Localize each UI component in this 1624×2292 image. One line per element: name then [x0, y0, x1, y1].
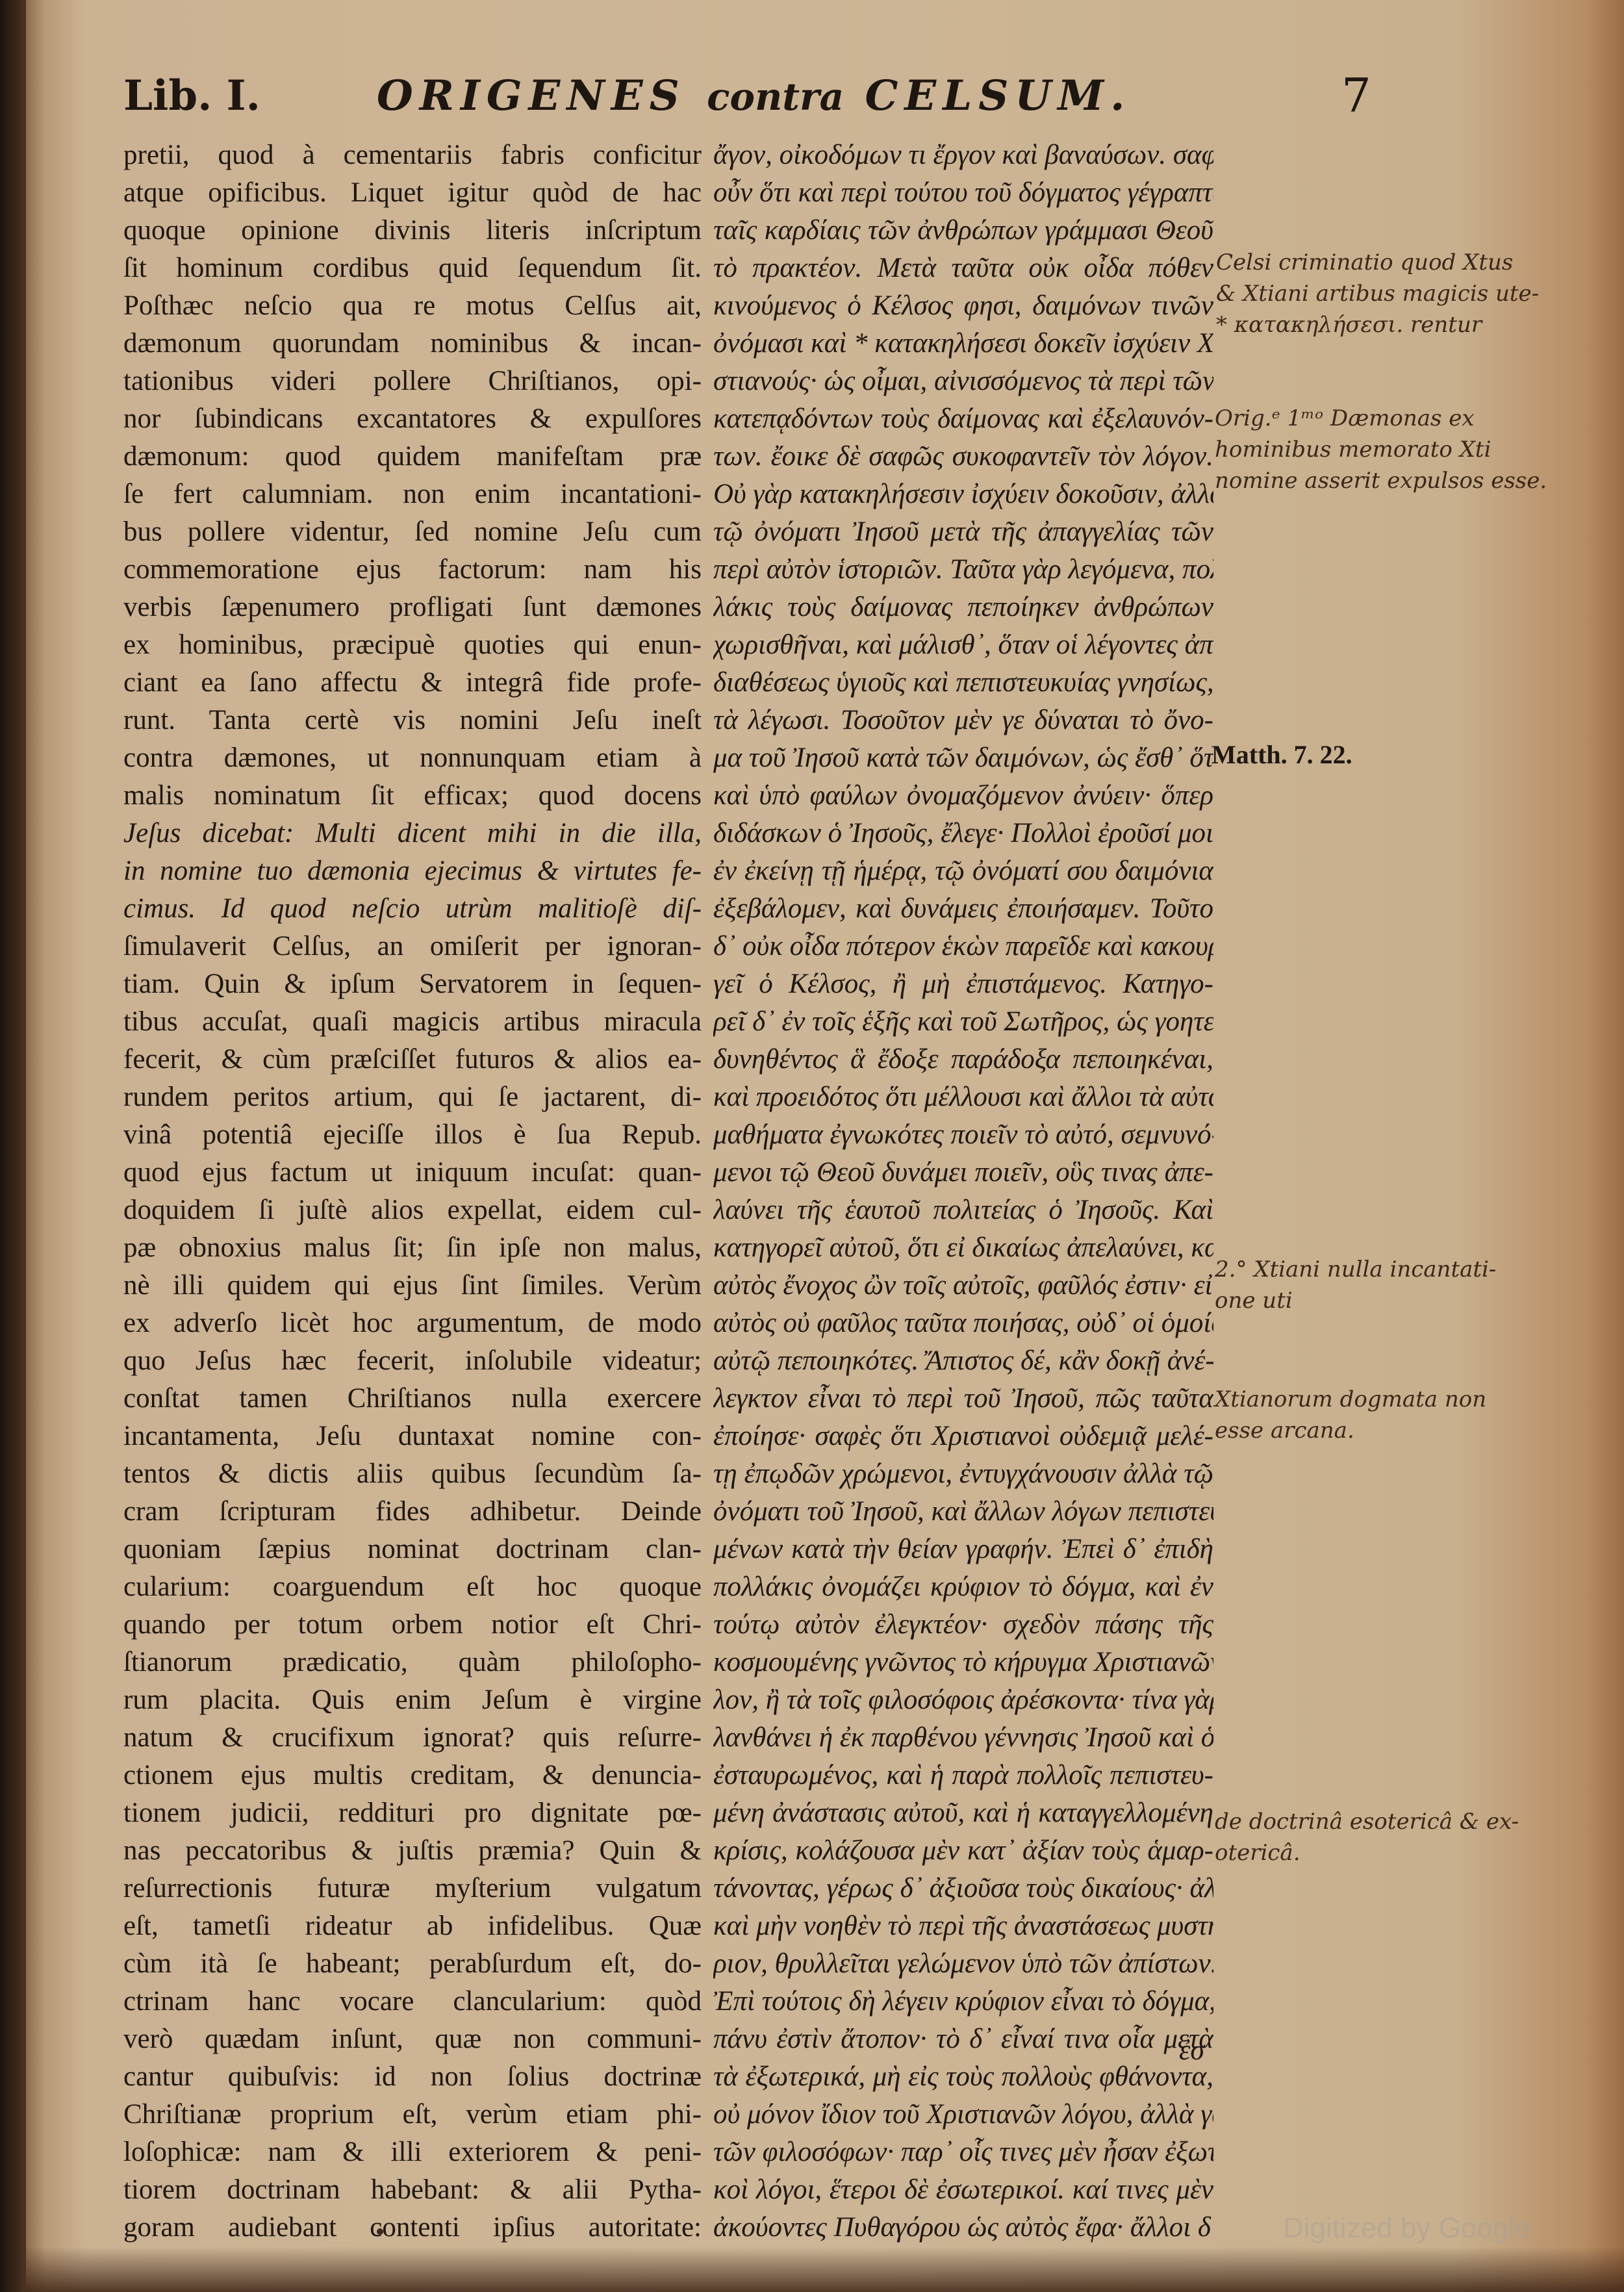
latin-line: quod ejus factum ut iniquum incuſat: qua…	[123, 1154, 702, 1191]
greek-line: κατεπᾳδόντων τοὺς δαίμονας καὶ ἐξελαυνόν…	[713, 400, 1213, 438]
latin-line: ex adverſo licèt hoc argumentum, de modo	[123, 1305, 702, 1342]
margin-note-line: Xtianorum dogmata non	[1215, 1384, 1486, 1415]
latin-line: tentos & dictis aliis quibus ſecundùm ſa…	[123, 1455, 702, 1493]
latin-line: Chriſtianæ proprium eſt, verùm etiam phi…	[123, 2096, 702, 2133]
greek-line: λεγκτον εἶναι τὸ περὶ τοῦ Ἰησοῦ, πῶς ταῦ…	[713, 1380, 1213, 1418]
latin-line: pretii, quod à cementariis fabris confic…	[123, 136, 702, 174]
greek-line: ἐξεβάλομεν, καὶ δυνάμεις ἐποιήσαμεν. Τοῦ…	[713, 890, 1213, 928]
latin-line: ctionem ejus multis creditam, & denuncia…	[123, 1757, 702, 1794]
greek-line: γεῖ ὁ Κέλσος, ἢ μὴ ἐπιστάμενος. Κατηγο-	[713, 965, 1213, 1003]
greek-column: ἄγον, οἰκοδόμων τι ἔργον καὶ βαναύσων. σ…	[713, 136, 1213, 2247]
latin-line: eſt, tametſi rideatur ab infidelibus. Qu…	[123, 1907, 702, 1945]
latin-line: natum & crucifixum ignorat? quis reſurre…	[123, 1719, 702, 1757]
margin-note-line: de doctrinâ esotericâ & ex-	[1215, 1806, 1519, 1837]
greek-line: ἐν ἐκείνῃ τῇ ἡμέρᾳ, τῷ ὀνόματί σου δαιμό…	[713, 852, 1213, 890]
greek-line: αὐτῷ πεποιηκότες. Ἄπιστος δέ, κἂν δοκῇ ἀ…	[713, 1342, 1213, 1380]
latin-line: nor ſubindicans excantatores & expulſore…	[123, 400, 702, 438]
greek-line: μένων κατὰ τὴν θείαν γραφήν. Ἐπεὶ δ᾽ ἐπι…	[713, 1531, 1213, 1568]
latin-line: tionem judicii, reddituri pro dignitate …	[123, 1794, 702, 1832]
latin-line: ciant ea ſano affectu & integrâ fide pro…	[123, 664, 702, 702]
greek-line: ἐποίησε· σαφὲς ὅτι Χριστιανοὶ οὐδεμιᾷ με…	[713, 1418, 1213, 1455]
greek-line: μαθήματα ἐγνωκότες ποιεῖν τὸ αὐτό, σεμνυ…	[713, 1116, 1213, 1154]
latin-column: pretii, quod à cementariis fabris confic…	[123, 136, 702, 2247]
greek-line: Οὐ γὰρ κατακηλήσεσιν ἰσχύειν δοκοῦσιν, ἀ…	[713, 476, 1213, 513]
margin-note-line: & Xtiani artibus magicis ute-	[1216, 278, 1539, 309]
margin-note-line: Matth. 7. 22.	[1212, 739, 1352, 770]
greek-line: ὀνόματι τοῦ Ἰησοῦ, καὶ ἄλλων λόγων πεπισ…	[713, 1493, 1213, 1531]
greek-line: ὀνόμασι καὶ * κατακηλήσεσι δοκεῖν ἰσχύει…	[713, 325, 1213, 363]
margin-note-scripture-ref: Matth. 7. 22.	[1212, 739, 1352, 770]
margin-note-dogmata: Xtianorum dogmata non esse arcana.	[1215, 1384, 1486, 1446]
latin-line: incantamenta, Jeſu duntaxat nomine con-	[123, 1418, 702, 1455]
greek-line: τὰ λέγωσι. Τοσοῦτον μὲν γε δύναται τὸ ὄν…	[713, 702, 1213, 739]
latin-line: tibus accuſat, quaſi magicis artibus mir…	[123, 1003, 702, 1041]
greek-line: Ἐπὶ τούτοις δὴ λέγειν κρύφιον εἶναι τὸ δ…	[713, 1983, 1213, 2020]
latin-line: quoniam ſæpius nominat doctrinam clan-	[123, 1531, 702, 1568]
greek-line: τὸ πρακτέον. Μετὰ ταῦτα οὐκ οἶδα πόθεν	[713, 249, 1213, 287]
latin-line: conſtat tamen Chriſtianos nulla exercere	[123, 1380, 702, 1418]
latin-line: ſit hominum cordibus quid ſequendum ſit.	[123, 249, 702, 287]
margin-note-line: hominibus memorato Xti	[1215, 434, 1547, 465]
greek-line: αὐτὸς οὐ φαῦλος ταῦτα ποιήσας, οὐδ᾽ οἱ ὁ…	[713, 1305, 1213, 1342]
greek-line: περὶ αὐτὸν ἱστοριῶν. Ταῦτα γὰρ λεγόμενα,…	[713, 551, 1213, 589]
greek-line: μα τοῦ Ἰησοῦ κατὰ τῶν δαιμόνων, ὡς ἔσθ᾽ …	[713, 739, 1213, 777]
greek-line: τῷ ὀνόματι Ἰησοῦ μετὰ τῆς ἀπαγγελίας τῶν	[713, 513, 1213, 551]
latin-line: quoque opinione divinis literis inſcript…	[123, 212, 702, 249]
greek-line: καὶ ὑπὸ φαύλων ὀνομαζόμενον ἀνύειν· ὅπερ	[713, 777, 1213, 815]
margin-note-doctrina: de doctrinâ esotericâ & ex- otericâ.	[1215, 1806, 1519, 1868]
greek-line: τῶν φιλοσόφων· παρ᾽ οἷς τινες μὲν ἦσαν ἐ…	[713, 2133, 1213, 2171]
greek-line: κοσμουμένης γνῶντος τὸ κήρυγμα Χριστιανῶ…	[713, 1644, 1213, 1681]
greek-line: χωρισθῆναι, καὶ μάλισθ᾽, ὅταν οἱ λέγοντε…	[713, 626, 1213, 664]
latin-line: fecerit, & cùm præſciſſet futuros & alio…	[123, 1041, 702, 1078]
margin-note-line: 2.° Xtiani nulla incantati-	[1215, 1254, 1496, 1285]
latin-line: nè illi quidem qui ejus ſint ſimiles. Ve…	[123, 1267, 702, 1305]
latin-line: verò quædam inſunt, quæ non communi-	[123, 2020, 702, 2058]
greek-line: λον, ἢ τὰ τοῖς φιλοσόφοις ἀρέσκοντα· τίν…	[713, 1681, 1213, 1719]
greek-line: μένη ἀνάστασις αὐτοῦ, καὶ ἡ καταγγελλομέ…	[713, 1794, 1213, 1832]
greek-line: κοὶ λόγοι, ἕτεροι δὲ ἐσωτερικοί. καί τιν…	[713, 2171, 1213, 2209]
greek-line: ριον, θρυλλεῖται γελώμενον ὑπὸ τῶν ἀπίστ…	[713, 1945, 1213, 1983]
latin-line: bus pollere videntur, ſed nomine Jeſu cu…	[123, 513, 702, 551]
greek-line: κινούμενος ὁ Κέλσος φησι, δαιμόνων τινῶν	[713, 287, 1213, 325]
latin-line: runt. Tanta certè vis nomini Jeſu ineſt	[123, 702, 702, 739]
greek-line: οὖν ὅτι καὶ περὶ τούτου τοῦ δόγματος γέγ…	[713, 174, 1213, 212]
latin-line: ex hominibus, præcipuè quoties qui enun-	[123, 626, 702, 664]
greek-line: λανθάνει ἡ ἐκ παρθένου γέννησις Ἰησοῦ κα…	[713, 1719, 1213, 1757]
latin-line: malis nominatum ſit efficax; quod docens	[123, 777, 702, 815]
latin-line: dæmonum: quod quidem manifeſtam præ	[123, 438, 702, 476]
margin-note-celsi: Celsi criminatio quod Xtus & Xtiani arti…	[1216, 247, 1539, 340]
latin-line: reſurrectionis futuræ myſterium vulgatum	[123, 1870, 702, 1907]
latin-line: rundem peritos artium, qui ſe jactarent,…	[123, 1078, 702, 1116]
latin-line: in nomine tuo dæmonia ejecimus & virtute…	[123, 852, 702, 890]
greek-line: διαθέσεως ὑγιοῦς καὶ πεπιστευκυίας γνησί…	[713, 664, 1213, 702]
margin-note-orig: Orig.ᵉ 1ᵐᵒ Dæmonas ex hominibus memorato…	[1215, 403, 1547, 496]
greek-line: λαύνει τῆς ἑαυτοῦ πολιτείας ὁ Ἰησοῦς. Κα…	[713, 1191, 1213, 1229]
greek-line: οὐ μόνον ἴδιον τοῦ Χριστιανῶν λόγου, ἀλλ…	[713, 2096, 1213, 2133]
latin-line: contra dæmones, ut nonnunquam etiam à	[123, 739, 702, 777]
latin-line: nas peccatoribus & juſtis præmia? Quin &	[123, 1832, 702, 1870]
latin-line: ctrinam hanc vocare clancularium: quòd	[123, 1983, 702, 2020]
greek-line: μενοι τῷ Θεοῦ δυνάμει ποιεῖν, οὓς τινας …	[713, 1154, 1213, 1191]
title-contra: contra	[707, 75, 844, 119]
latin-line: tiam. Quin & ipſum Servatorem in ſequen-	[123, 965, 702, 1003]
latin-line: ſtianorum prædicatio, quàm philoſopho-	[123, 1644, 702, 1681]
ink-spot	[377, 2228, 383, 2235]
latin-line: loſophicæ: nam & illi exteriorem & peni-	[123, 2133, 702, 2171]
greek-line: στιανούς· ὡς οἶμαι, αἰνισσόμενος τὰ περὶ…	[713, 363, 1213, 400]
latin-line: goram audiebant contenti ipſius autorita…	[123, 2209, 702, 2247]
greek-line: ἐσταυρωμένος, καὶ ἡ παρὰ πολλοῖς πεπιστε…	[713, 1757, 1213, 1794]
margin-note-incantatio: 2.° Xtiani nulla incantati- one uti	[1215, 1254, 1496, 1316]
greek-line: κρίσις, κολάζουσα μὲν κατ᾽ ἀξίαν τοὺς ἁμ…	[713, 1832, 1213, 1870]
greek-line: τὰ ἐξωτερικά, μὴ εἰς τοὺς πολλοὺς φθάνον…	[713, 2058, 1213, 2096]
running-title: ORIGENES contra CELSUM.	[377, 71, 1131, 120]
latin-line: rum placita. Quis enim Jeſum è virgine	[123, 1681, 702, 1719]
latin-line: tiorem doctrinam habebant: & alii Pytha-	[123, 2171, 702, 2209]
greek-line: πάνυ ἐστὶν ἄτοπον· τὸ δ᾽ εἶναί τινα οἷα …	[713, 2020, 1213, 2058]
greek-line: πολλάκις ὀνομάζει κρύφιον τὸ δόγμα, καὶ …	[713, 1568, 1213, 1606]
title-subject: CELSUM.	[865, 71, 1131, 120]
latin-line: doquidem ſi juſtè alios expellat, eidem …	[123, 1191, 702, 1229]
latin-line: tationibus videri pollere Chriſtianos, o…	[123, 363, 702, 400]
margin-note-line: one uti	[1215, 1285, 1496, 1316]
greek-line: καὶ μὴν νοηθὲν τὸ περὶ τῆς ἀναστάσεως μυ…	[713, 1907, 1213, 1945]
latin-line: quando per totum orbem notior eſt Chri-	[123, 1606, 702, 1644]
margin-note-line: * κατακηλήσεσι. rentur	[1216, 309, 1539, 340]
title-author: ORIGENES	[377, 71, 686, 120]
margin-note-line: otericâ.	[1215, 1837, 1519, 1868]
greek-line: των. ἔοικε δὲ σαφῶς συκοφαντεῖν τὸν λόγο…	[713, 438, 1213, 476]
greek-line: λάκις τοὺς δαίμονας πεποίηκεν ἀνθρώπων	[713, 589, 1213, 626]
latin-line: cularium: coarguendum eſt hoc quoque	[123, 1568, 702, 1606]
latin-line: atque opificibus. Liquet igitur quòd de …	[123, 174, 702, 212]
greek-line: δυνηθέντος ἃ ἔδοξε παράδοξα πεποιηκέναι,	[713, 1041, 1213, 1078]
greek-line: τῃ ἐπῳδῶν χρώμενοι, ἐντυγχάνουσιν ἀλλὰ τ…	[713, 1455, 1213, 1493]
greek-line: ἀκούοντες Πυθαγόρου ὡς αὐτὸς ἔφα· ἄλλοι …	[713, 2209, 1213, 2247]
latin-line: pæ obnoxius malus ſit; ſin ipſe non malu…	[123, 1229, 702, 1267]
catchword: ἐσ	[1179, 2033, 1204, 2067]
running-header: Lib. I. ORIGENES contra CELSUM. 7	[123, 65, 1358, 136]
book-number: Lib. I.	[123, 71, 260, 120]
page-number: 7	[1341, 68, 1371, 123]
latin-line: dæmonum quorundam nominibus & incan-	[123, 325, 702, 363]
latin-line: vinâ potentiâ ejeciſſe illos è ſua Repub…	[123, 1116, 702, 1154]
greek-line: αὐτὸς ἔνοχος ὢν τοῖς αὐτοῖς, φαῦλός ἐστι…	[713, 1267, 1213, 1305]
margin-note-line: nomine asserit expulsos esse.	[1215, 465, 1547, 496]
margin-note-line: esse arcana.	[1215, 1415, 1486, 1446]
margin-note-line: Orig.ᵉ 1ᵐᵒ Dæmonas ex	[1215, 403, 1547, 434]
latin-line: Poſthæc neſcio qua re motus Celſus ait,	[123, 287, 702, 325]
latin-line: cantur quibuſvis: id non ſolius doctrinæ	[123, 2058, 702, 2096]
latin-line: commemoratione ejus factorum: nam his	[123, 551, 702, 589]
latin-line: Jeſus dicebat: Multi dicent mihi in die …	[123, 815, 702, 852]
latin-line: verbis ſæpenumero profligati ſunt dæmone…	[123, 589, 702, 626]
book-spine-shadow	[0, 0, 26, 2292]
margin-note-line: Celsi criminatio quod Xtus	[1216, 247, 1539, 278]
greek-line: τάνοντας, γέρως δ᾽ ἀξιοῦσα τοὺς δικαίους…	[713, 1870, 1213, 1907]
digitization-watermark: Digitized by Google	[1283, 2212, 1531, 2245]
latin-line: cimus. Id quod neſcio utrùm malitioſè di…	[123, 890, 702, 928]
greek-line: δ᾽ οὐκ οἶδα πότερον ἑκὼν παρεῖδε καὶ κακ…	[713, 928, 1213, 965]
greek-line: διδάσκων ὁ Ἰησοῦς, ἔλεγε· Πολλοὶ ἐροῦσί …	[713, 815, 1213, 852]
latin-line: quo Jeſus hæc fecerit, inſolubile videat…	[123, 1342, 702, 1380]
greek-line: τούτῳ αὐτὸν ἐλεγκτέον· σχεδὸν πάσης τῆς	[713, 1606, 1213, 1644]
latin-line: ſe fert calumniam. non enim incantationi…	[123, 476, 702, 513]
latin-line: ſimulaverit Celſus, an omiſerit per igno…	[123, 928, 702, 965]
greek-line: κατηγορεῖ αὐτοῦ, ὅτι εἰ δικαίως ἀπελαύνε…	[713, 1229, 1213, 1267]
latin-line: cram ſcripturam fides adhibetur. Deinde	[123, 1493, 702, 1531]
greek-line: ρεῖ δ᾽ ἐν τοῖς ἑξῆς καὶ τοῦ Σωτῆρος, ὡς …	[713, 1003, 1213, 1041]
greek-line: ταῖς καρδίαις τῶν ἀνθρώπων γράμμασι Θεοῦ	[713, 212, 1213, 249]
greek-line: καὶ προειδότος ὅτι μέλλουσι καὶ ἄλλοι τὰ…	[713, 1078, 1213, 1116]
greek-line: ἄγον, οἰκοδόμων τι ἔργον καὶ βαναύσων. σ…	[713, 136, 1213, 174]
latin-line: cùm ità ſe habeant; perabſurdum eſt, do-	[123, 1945, 702, 1983]
